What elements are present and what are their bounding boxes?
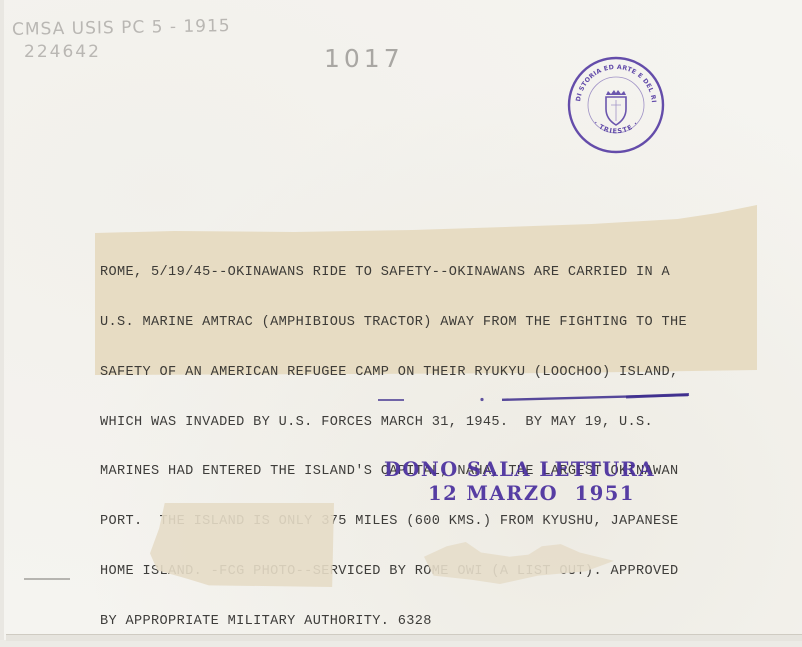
caption-line: WHICH WAS INVADED BY U.S. FORCES MARCH 3…: [100, 415, 760, 432]
caption-line: BY APPROPRIATE MILITARY AUTHORITY. 6328: [100, 614, 760, 631]
shield-crest-icon: [606, 90, 626, 125]
caption-line: ROME, 5/19/45--OKINAWANS RIDE TO SAFETY-…: [100, 265, 760, 282]
donation-stamp-line1: DONO SALA LETTURA: [384, 458, 674, 482]
ink-stroke-line: [376, 393, 691, 403]
donation-stamp: DONO SALA LETTURA 12 MARZO 1951: [384, 458, 674, 506]
pencil-archive-code: CMSA USIS PC 5 - 1915: [12, 16, 231, 40]
caption-line: SAFETY OF AN AMERICAN REFUGEE CAMP ON TH…: [100, 365, 760, 382]
svg-text:· TRIESTE ·: · TRIESTE ·: [592, 119, 640, 135]
pencil-handwritten-number: 1017: [324, 44, 404, 73]
museum-round-stamp: MUSEI CIVICI DI STORIA ED ARTE E DEL RIS…: [566, 55, 666, 155]
sheet-left-edge: [0, 0, 4, 640]
tape-residue-left: [150, 503, 334, 587]
pencil-inventory-number: 224642: [24, 42, 101, 62]
museum-stamp-icon: MUSEI CIVICI DI STORIA ED ARTE E DEL RIS…: [566, 55, 666, 155]
stamp-city-text: · TRIESTE ·: [592, 119, 640, 135]
pencil-scratch-mark: [24, 578, 70, 580]
donation-stamp-date: 12 MARZO 1951: [384, 482, 674, 506]
caption-line: U.S. MARINE AMTRAC (AMPHIBIOUS TRACTOR) …: [100, 315, 760, 332]
